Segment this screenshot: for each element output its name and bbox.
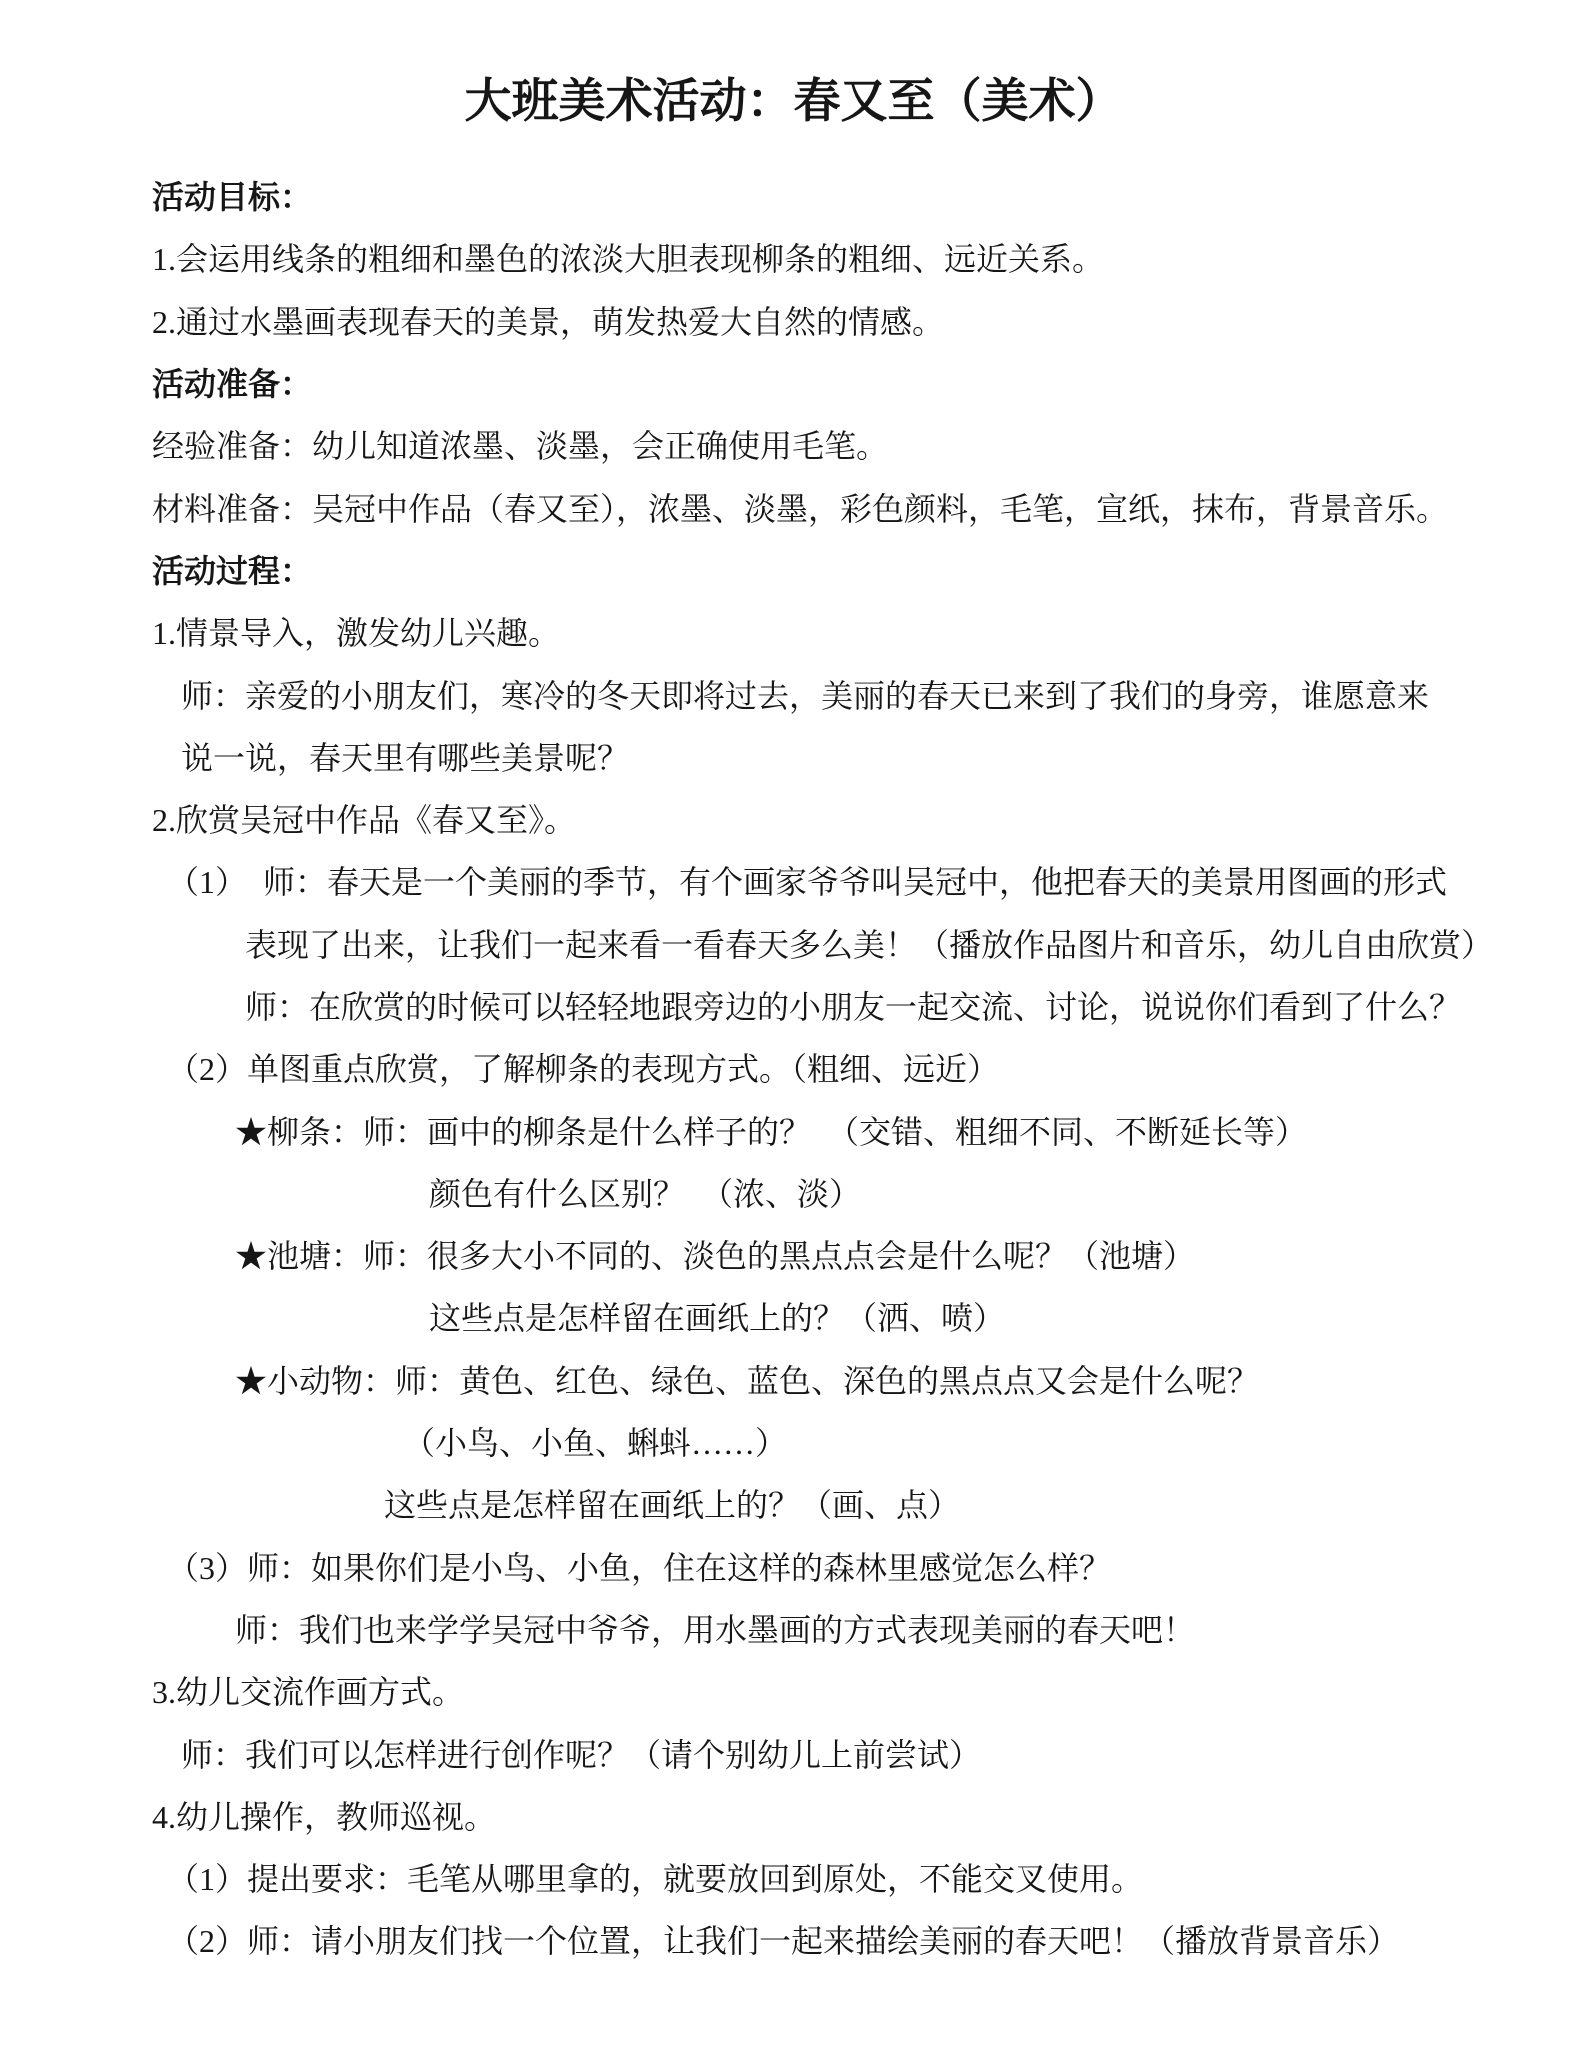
text-line: 1.情景导入，激发幼儿兴趣。 xyxy=(0,600,1587,662)
document-body: 活动目标：1.会运用线条的粗细和墨色的浓淡大胆表现柳条的粗细、远近关系。2.通过… xyxy=(0,128,1587,1971)
text-line: 活动目标： xyxy=(0,164,1587,226)
text-line: （1） 师：春天是一个美丽的季节，有个画家爷爷叫吴冠中，他把春天的美景用图画的形… xyxy=(0,849,1587,911)
text-line: 2.通过水墨画表现春天的美景，萌发热爱大自然的情感。 xyxy=(0,289,1587,351)
text-line: 活动准备： xyxy=(0,351,1587,413)
text-line: （1）提出要求：毛笔从哪里拿的，就要放回到原处，不能交叉使用。 xyxy=(0,1846,1587,1908)
text-line: （2）单图重点欣赏，了解柳条的表现方式。（粗细、远近） xyxy=(0,1036,1587,1098)
text-line: （2）师：请小朋友们找一个位置，让我们一起来描绘美丽的春天吧！（播放背景音乐） xyxy=(0,1908,1587,1970)
text-line: ★小动物：师：黄色、红色、绿色、蓝色、深色的黑点点又会是什么呢？ xyxy=(0,1348,1587,1410)
text-line: 师：亲爱的小朋友们，寒冷的冬天即将过去，美丽的春天已来到了我们的身旁，谁愿意来 xyxy=(0,662,1587,724)
text-line: 4.幼儿操作，教师巡视。 xyxy=(0,1784,1587,1846)
text-line: 材料准备：吴冠中作品（春又至），浓墨、淡墨，彩色颜料，毛笔，宣纸，抹布，背景音乐… xyxy=(0,475,1587,537)
text-line: 3.幼儿交流作画方式。 xyxy=(0,1659,1587,1721)
document-title: 大班美术活动：春又至（美术） xyxy=(0,0,1587,128)
text-line: （3）师：如果你们是小鸟、小鱼，住在这样的森林里感觉怎么样？ xyxy=(0,1535,1587,1597)
text-line: 说一说，春天里有哪些美景呢？ xyxy=(0,725,1587,787)
text-line: 经验准备：幼儿知道浓墨、淡墨，会正确使用毛笔。 xyxy=(0,413,1587,475)
text-line: ★池塘：师：很多大小不同的、淡色的黑点点会是什么呢？（池塘） xyxy=(0,1223,1587,1285)
text-line: 2.欣赏吴冠中作品《春又至》。 xyxy=(0,787,1587,849)
text-line: 颜色有什么区别？ （浓、淡） xyxy=(0,1161,1587,1223)
text-line: 师：我们也来学学吴冠中爷爷，用水墨画的方式表现美丽的春天吧！ xyxy=(0,1597,1587,1659)
text-line: 这些点是怎样留在画纸上的？（画、点） xyxy=(0,1472,1587,1534)
text-line: 师：在欣赏的时候可以轻轻地跟旁边的小朋友一起交流、讨论，说说你们看到了什么？ xyxy=(0,974,1587,1036)
text-line: 师：我们可以怎样进行创作呢？（请个别幼儿上前尝试） xyxy=(0,1721,1587,1783)
text-line: 1.会运用线条的粗细和墨色的浓淡大胆表现柳条的粗细、远近关系。 xyxy=(0,226,1587,288)
text-line: 活动过程： xyxy=(0,538,1587,600)
text-line: ★柳条：师：画中的柳条是什么样子的？ （交错、粗细不同、不断延长等） xyxy=(0,1098,1587,1160)
text-line: 这些点是怎样留在画纸上的？（洒、喷） xyxy=(0,1285,1587,1347)
document-page: 大班美术活动：春又至（美术） 活动目标：1.会运用线条的粗细和墨色的浓淡大胆表现… xyxy=(0,0,1587,2056)
text-line: 表现了出来，让我们一起来看一看春天多么美！（播放作品图片和音乐，幼儿自由欣赏） xyxy=(0,912,1587,974)
text-line: （小鸟、小鱼、蝌蚪……） xyxy=(0,1410,1587,1472)
